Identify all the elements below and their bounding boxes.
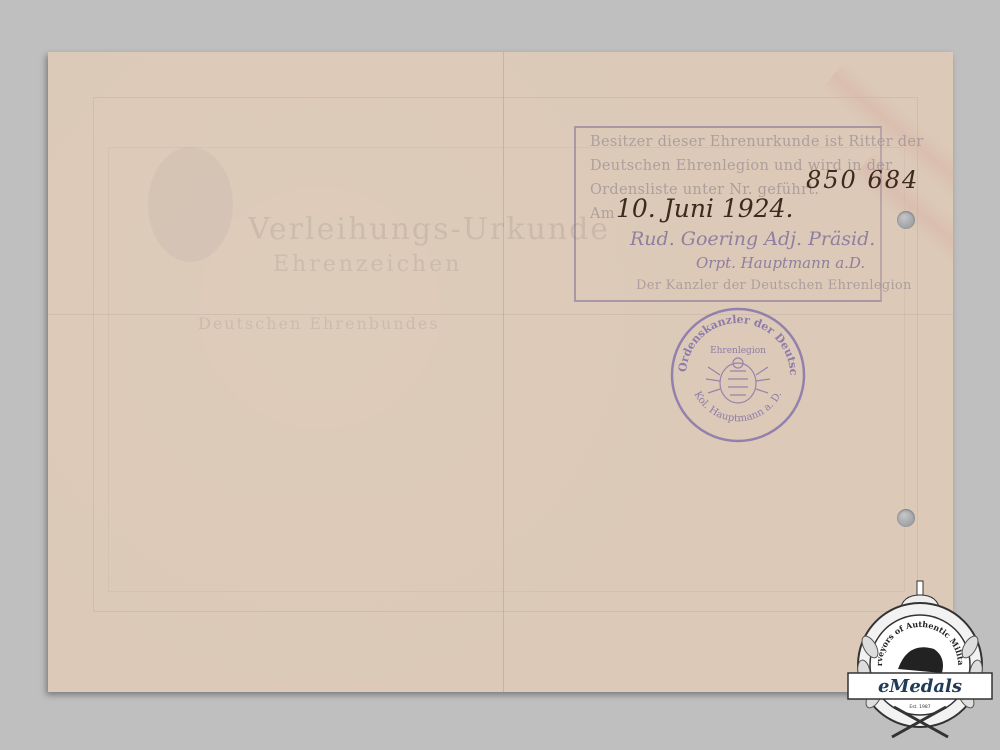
- ghost-line: Deutschen Ehrenbundes: [198, 314, 440, 333]
- signature-title: Orpt. Hauptmann a.D.: [696, 254, 865, 272]
- official-seal: Der Ordenskanzler der Deutschen Kol. Hau…: [668, 305, 808, 445]
- eagle-icon: [706, 358, 770, 403]
- punch-hole: [897, 509, 915, 527]
- stamp-line: Am: [590, 206, 615, 222]
- ghost-title: Verleihungs-Urkunde: [248, 212, 610, 247]
- svg-text:Ehrenlegion: Ehrenlegion: [710, 346, 766, 356]
- punch-hole: [897, 211, 915, 229]
- horizontal-fold-line: [48, 314, 953, 315]
- svg-text:eMedals: eMedals: [878, 676, 962, 697]
- stamp-footer: Der Kanzler der Deutschen Ehrenlegion: [636, 278, 912, 293]
- handwritten-number: 850 684: [806, 166, 919, 194]
- ghost-medal-icon: [148, 147, 233, 262]
- emedals-watermark-logo: Purveyors of Authentic Militaria eMedals…: [842, 577, 998, 747]
- vertical-fold-line: [503, 52, 504, 692]
- handwritten-date: 10. Juni 1924.: [616, 194, 793, 223]
- ghost-subtitle: Ehrenzeichen: [273, 252, 462, 277]
- registration-stamp: Besitzer dieser Ehrenurkunde ist Ritter …: [574, 126, 882, 302]
- stamp-line: Besitzer dieser Ehrenurkunde ist Ritter …: [590, 134, 924, 150]
- svg-text:Est. 1987: Est. 1987: [909, 704, 930, 710]
- document-paper: Verleihungs-Urkunde Ehrenzeichen Deutsch…: [48, 52, 953, 692]
- signature: Rud. Goering Adj. Präsid.: [630, 228, 875, 250]
